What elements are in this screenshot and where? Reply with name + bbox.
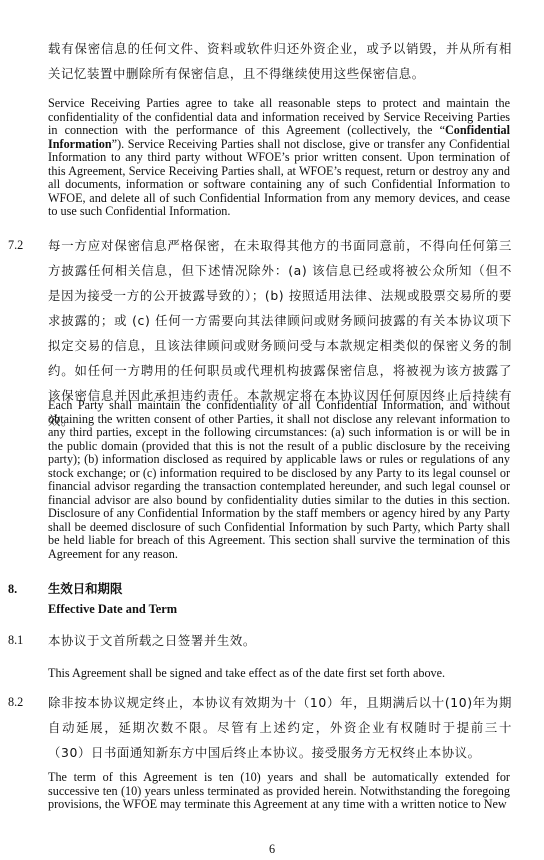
section-8-title-en: Effective Date and Term <box>48 601 177 617</box>
section-8-title-zh: 生效日和期限 <box>48 580 122 598</box>
clause-7-1-tail-zh: 载有保密信息的任何文件、资料或软件归还外资企业，或予以销毁，并从所有相关记忆装置… <box>48 36 512 86</box>
section-8-number: 8. <box>8 580 17 598</box>
clause-7-1-tail-en: Service Receiving Parties agree to take … <box>48 97 510 219</box>
clause-8-2-zh: 除非按本协议规定终止，本协议有效期为十（10）年，且期满后以十(10)年为期自动… <box>48 690 512 765</box>
clause-7-2-en: Each Party shall maintain the confidenti… <box>48 399 510 561</box>
clause-8-2-en: The term of this Agreement is ten (10) y… <box>48 771 510 812</box>
clause-8-2-number: 8.2 <box>8 690 23 715</box>
page-number: 6 <box>0 842 544 857</box>
document-page: 载有保密信息的任何文件、资料或软件归还外资企业，或予以销毁，并从所有相关记忆装置… <box>0 0 544 860</box>
clause-7-2-number: 7.2 <box>8 233 23 258</box>
clause-8-1-number: 8.1 <box>8 628 23 653</box>
clause-7-1-en-part2: ”). Service Receiving Parties shall not … <box>48 137 510 219</box>
clause-8-1-zh: 本协议于文首所载之日签署并生效。 <box>48 628 512 653</box>
clause-8-1-en: This Agreement shall be signed and take … <box>48 667 510 681</box>
clause-7-1-en-part1: Service Receiving Parties agree to take … <box>48 96 510 137</box>
